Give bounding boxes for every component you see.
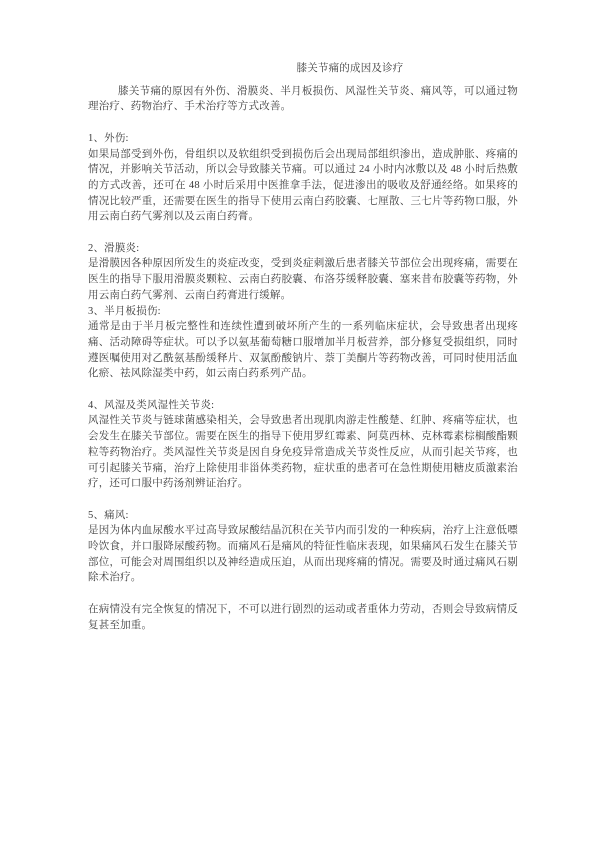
closing-paragraph: 在病情没有完全恢复的情况下，不可以进行剧烈的运动或者重体力劳动，否则会导致病情反… bbox=[88, 602, 518, 633]
section-trauma: 1、外伤: 如果局部受到外伤，骨组织以及软组织受到损伤后会出现局部组织渗出，造成… bbox=[88, 131, 518, 225]
section-rheumatism: 4、风湿及类风湿性关节炎: 风湿性关节炎与链球菌感染相关，会导致患者出现肌肉游走… bbox=[88, 398, 518, 492]
section-gout-heading: 5、痛风: bbox=[88, 508, 518, 524]
intro-paragraph: 膝关节痛的原因有外伤、滑膜炎、半月板损伤、风湿性关节炎、痛风等，可以通过物理治疗… bbox=[88, 84, 518, 115]
section-rheumatism-heading: 4、风湿及类风湿性关节炎: bbox=[88, 398, 518, 414]
section-rheumatism-body: 风湿性关节炎与链球菌感染相关，会导致患者出现肌肉游走性酸楚、红肿、疼痛等症状，也… bbox=[88, 413, 518, 492]
document-body: 膝关节痛的成因及诊疗 膝关节痛的原因有外伤、滑膜炎、半月板损伤、风湿性关节炎、痛… bbox=[88, 61, 518, 633]
section-gout: 5、痛风: 是因为体内血尿酸水平过高导致尿酸结晶沉积在关节内而引发的一种疾病，治… bbox=[88, 508, 518, 587]
section-synovitis: 2、滑膜炎: 是滑膜因各种原因所发生的炎症改变，受到炎症刺激后患者膝关节部位会出… bbox=[88, 241, 518, 304]
section-trauma-body: 如果局部受到外伤，骨组织以及软组织受到损伤后会出现局部组织渗出，造成肿胀、疼痛的… bbox=[88, 147, 518, 226]
section-synovitis-heading: 2、滑膜炎: bbox=[88, 241, 518, 257]
section-meniscus-injury-heading: 3、半月板损伤: bbox=[88, 304, 518, 320]
section-meniscus-injury-body: 通常是由于半月板完整性和连续性遭到破坏所产生的一系列临床症状，会导致患者出现疼痛… bbox=[88, 319, 518, 382]
section-synovitis-body: 是滑膜因各种原因所发生的炎症改变，受到炎症刺激后患者膝关节部位会出现疼痛，需要在… bbox=[88, 256, 518, 303]
section-trauma-heading: 1、外伤: bbox=[88, 131, 518, 147]
section-gout-body: 是因为体内血尿酸水平过高导致尿酸结晶沉积在关节内而引发的一种疾病，治疗上注意低嘌… bbox=[88, 523, 518, 586]
section-meniscus-injury: 3、半月板损伤: 通常是由于半月板完整性和连续性遭到破坏所产生的一系列临床症状，… bbox=[88, 304, 518, 383]
document-title: 膝关节痛的成因及诊疗 bbox=[88, 61, 518, 77]
document-page: 膝关节痛的成因及诊疗 膝关节痛的原因有外伤、滑膜炎、半月板损伤、风湿性关节炎、痛… bbox=[0, 0, 595, 841]
